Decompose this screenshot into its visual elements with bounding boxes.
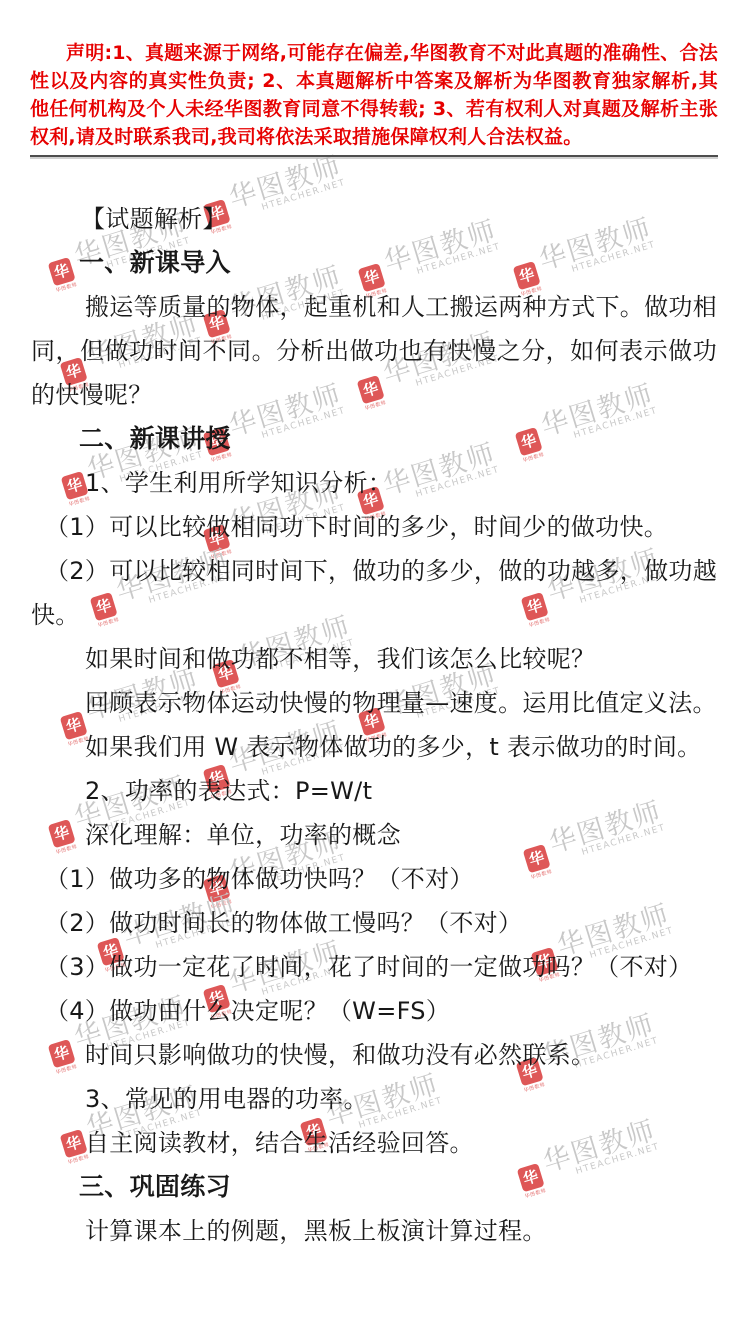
body-paragraph: （2）做功时间长的物体做工慢吗？（不对） [31,901,717,945]
section-heading: 一、新课导入 [31,241,717,285]
body-paragraph: 搬运等质量的物体，起重机和人工搬运两种方式下。做功相同，但做功时间不同。分析出做… [31,285,717,417]
lesson-analysis-body: 【试题解析】 一、新课导入搬运等质量的物体，起重机和人工搬运两种方式下。做功相同… [31,197,717,1253]
section-heading: 二、新课讲授 [31,417,717,461]
analysis-blocks: 一、新课导入搬运等质量的物体，起重机和人工搬运两种方式下。做功相同，但做功时间不… [31,241,717,1253]
analysis-section-title: 【试题解析】 [31,197,717,241]
disclaimer-text: 声明:1、真题来源于网络,可能存在偏差,华图教育不对此真题的准确性、合法性以及内… [30,39,718,151]
body-paragraph: （1）做功多的物体做功快吗？（不对） [31,857,717,901]
body-paragraph: 2、功率的表达式：P=W/t [31,769,717,813]
body-paragraph: 深化理解：单位，功率的概念 [31,813,717,857]
body-paragraph: （3）做功一定花了时间，花了时间的一定做功吗？（不对） [31,945,717,989]
body-paragraph: 计算课本上的例题，黑板上板演计算过程。 [31,1209,717,1253]
document-page: 华华图教师华图教师HTEACHER.NET华华图教师华图教师HTEACHER.N… [0,0,748,1335]
body-paragraph: （4）做功由什么决定呢？（W=FS） [31,989,717,1033]
body-paragraph: （1）可以比较做相同功下时间的多少，时间少的做功快。 [31,505,717,549]
body-paragraph: 如果我们用 W 表示物体做功的多少，t 表示做功的时间。 [31,725,717,769]
body-paragraph: 1、学生利用所学知识分析： [31,461,717,505]
body-paragraph: （2）可以比较相同时间下，做功的多少，做的功越多，做功越快。 [31,549,717,637]
section-heading: 三、巩固练习 [31,1165,717,1209]
body-paragraph: 回顾表示物体运动快慢的物理量—速度。运用比值定义法。 [31,681,717,725]
body-paragraph: 如果时间和做功都不相等，我们该怎么比较呢？ [31,637,717,681]
body-paragraph: 3、常见的用电器的功率。 [31,1077,717,1121]
section-divider [30,155,718,157]
document-content: 声明:1、真题来源于网络,可能存在偏差,华图教育不对此真题的准确性、合法性以及内… [0,39,748,1253]
body-paragraph: 自主阅读教材，结合生活经验回答。 [31,1121,717,1165]
body-paragraph: 时间只影响做功的快慢，和做功没有必然联系。 [31,1033,717,1077]
